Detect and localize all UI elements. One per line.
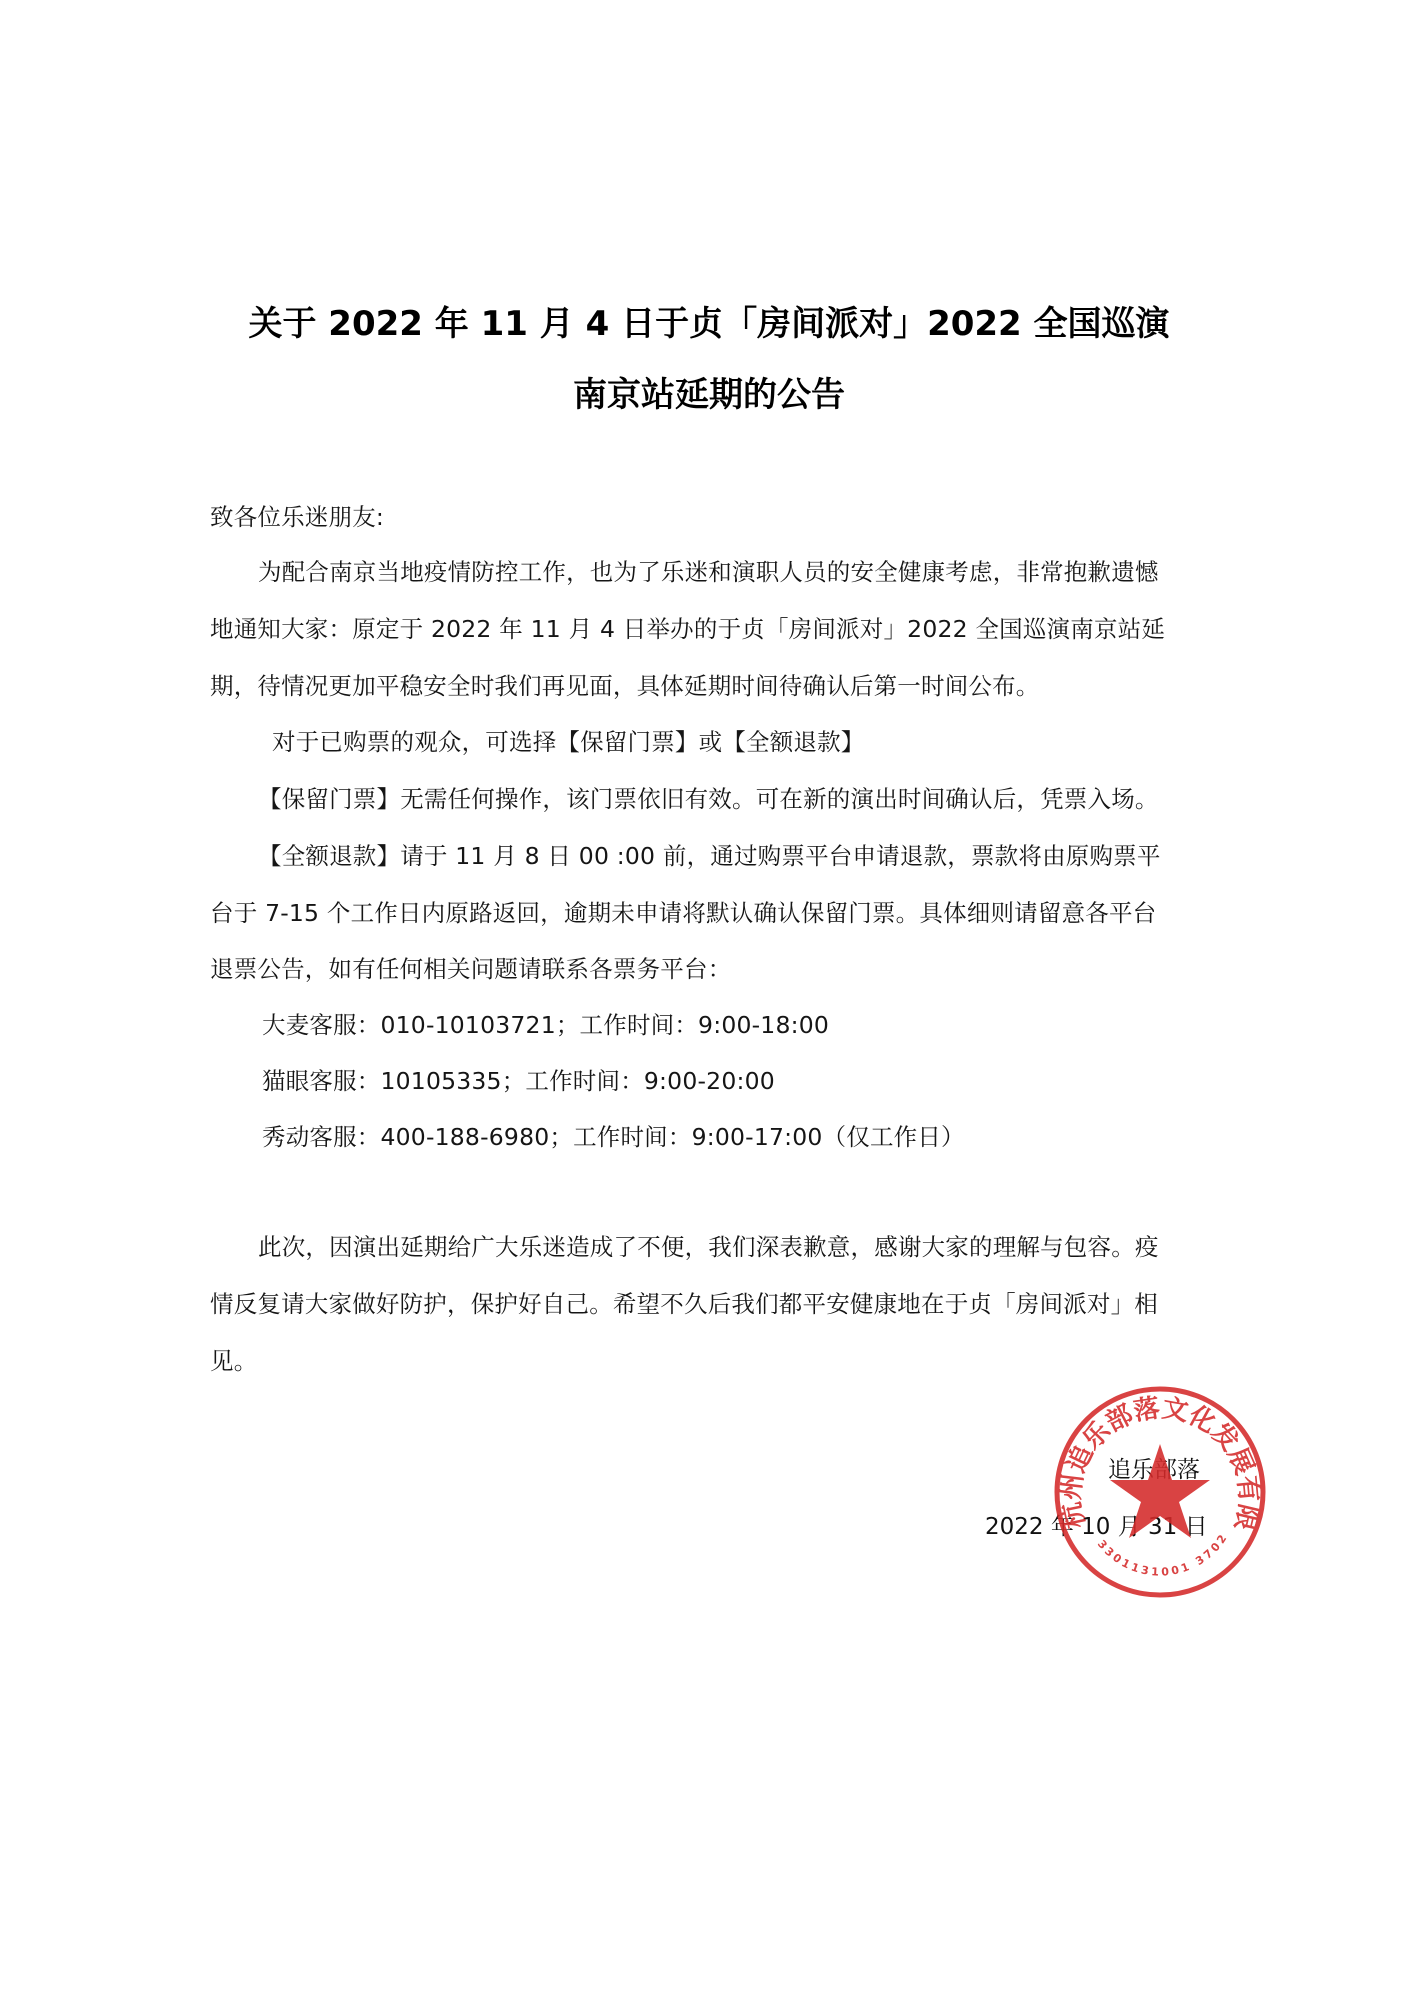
refund-line-2: 台于 7-15 个工作日内原路返回，逾期未申请将默认确认保留门票。具体细则请留意… <box>210 894 1156 928</box>
body-line-1: 为配合南京当地疫情防控工作，也为了乐迷和演职人员的安全健康考虑，非常抱歉遗憾 <box>258 553 1159 587</box>
keep-ticket-line: 【保留门票】无需任何操作，该门票依旧有效。可在新的演出时间确认后，凭票入场。 <box>258 780 1159 814</box>
contact-damai: 大麦客服：010-10103721；工作时间：9:00-18:00 <box>262 1006 829 1040</box>
title-line-2: 南京站延期的公告 <box>0 367 1418 416</box>
ticket-options-line: 对于已购票的观众，可选择【保留门票】或【全额退款】 <box>272 723 865 757</box>
company-seal-stamp: 杭州追乐部落文化发展有限公司 3301131001 3702 <box>1050 1382 1270 1602</box>
refund-line-1: 【全额退款】请于 11 月 8 日 00 :00 前，通过购票平台申请退款，票款… <box>258 837 1161 871</box>
closing-line-2: 情反复请大家做好防护，保护好自己。希望不久后我们都平安健康地在于贞「房间派对」相 <box>210 1285 1158 1319</box>
body-line-3: 期，待情况更加平稳安全时我们再见面，具体延期时间待确认后第一时间公布。 <box>210 667 1040 701</box>
closing-line-1: 此次，因演出延期给广大乐迷造成了不便，我们深表歉意，感谢大家的理解与包容。疫 <box>258 1228 1159 1262</box>
salutation: 致各位乐迷朋友: <box>210 498 384 532</box>
seal-icon: 杭州追乐部落文化发展有限公司 3301131001 3702 <box>1050 1382 1270 1602</box>
title-line-1: 关于 2022 年 11 月 4 日于贞「房间派对」2022 全国巡演 <box>0 296 1418 345</box>
body-line-2: 地通知大家：原定于 2022 年 11 月 4 日举办的于贞「房间派对」2022… <box>210 610 1165 644</box>
contact-showstart: 秀动客服：400-188-6980；工作时间：9:00-17:00（仅工作日） <box>262 1118 965 1152</box>
closing-line-3: 见。 <box>210 1342 257 1376</box>
contact-maoyan: 猫眼客服：10105335；工作时间：9:00-20:00 <box>262 1062 775 1096</box>
refund-line-3: 退票公告，如有任何相关问题请联系各票务平台： <box>210 950 731 984</box>
svg-text:3301131001 3702: 3301131001 3702 <box>1095 1530 1231 1579</box>
